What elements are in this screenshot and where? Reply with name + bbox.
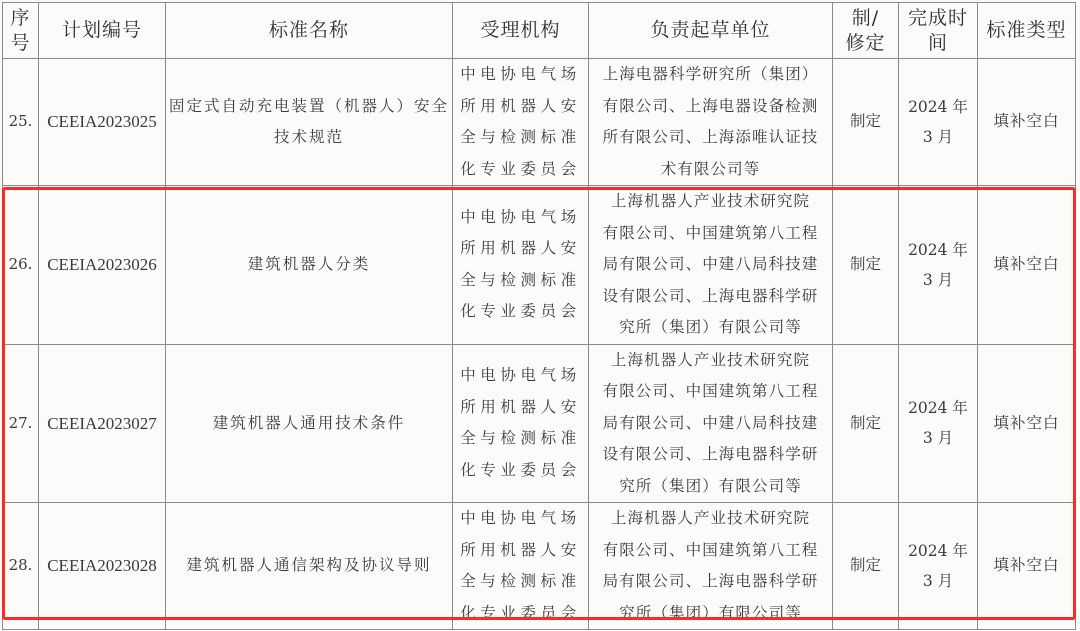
completion-time: 2024 年 3 月 xyxy=(899,344,978,503)
completion-month: 3 月 xyxy=(899,122,977,152)
revision-type: 制定 xyxy=(833,186,899,345)
completion-month: 3 月 xyxy=(899,566,977,596)
header-standard-name-label: 标准名称 xyxy=(269,18,349,43)
accepting-body-line: 所用机器人安 xyxy=(453,535,588,567)
standard-type: 填补空白 xyxy=(978,186,1076,345)
drafter-line: 上海电器科学研究所（集团） xyxy=(589,59,832,91)
standards-table: 序 号 计划编号 标准名称 受理机构 负责起草单位 制/ 修定 完成时 间 标准… xyxy=(2,2,1076,630)
accepting-body: 中电协电气场 所用机器人安 全与检测标准 化专业委员会 xyxy=(453,59,589,186)
accepting-body: 中电协电气场 所用机器人安 全与检测标准 化专业委员会 xyxy=(453,344,589,503)
header-revision: 制/ 修定 xyxy=(833,3,899,59)
completion-time: 2024 年 3 月 xyxy=(899,503,978,630)
drafter-line: 上海机器人产业技术研究院 xyxy=(589,186,832,218)
standard-name: 固定式自动充电装置（机器人）安全技术规范 xyxy=(166,59,453,186)
header-standard-type: 标准类型 xyxy=(978,3,1076,59)
standard-type: 填补空白 xyxy=(978,503,1076,630)
header-completion-time: 完成时 间 xyxy=(899,3,978,59)
header-accepting-body: 受理机构 xyxy=(453,3,589,59)
header-revision-line1: 制/ xyxy=(852,6,879,31)
header-index: 序 号 xyxy=(3,3,39,59)
drafter-line: 局有限公司、中建八局科技建 xyxy=(589,408,832,440)
accepting-body-line: 全与检测标准 xyxy=(453,566,588,598)
accepting-body-line: 化专业委员会 xyxy=(453,296,588,328)
header-row: 序 号 计划编号 标准名称 受理机构 负责起草单位 制/ 修定 完成时 间 标准… xyxy=(3,3,1076,59)
completion-time: 2024 年 3 月 xyxy=(899,59,978,186)
revision-type: 制定 xyxy=(833,59,899,186)
header-completion-line2: 间 xyxy=(928,31,948,56)
header-standard-name: 标准名称 xyxy=(166,3,453,59)
drafting-units: 上海机器人产业技术研究院 有限公司、中国建筑第八工程 局有限公司、中建八局科技建… xyxy=(589,186,833,345)
completion-month: 3 月 xyxy=(899,423,977,453)
drafting-units: 上海机器人产业技术研究院 有限公司、中国建筑第八工程 局有限公司、中建八局科技建… xyxy=(589,344,833,503)
drafter-line: 所有限公司、上海添唯认证技 xyxy=(589,122,832,154)
drafter-line: 设有限公司、上海电器科学研 xyxy=(589,281,832,313)
table-row: 26. CEEIA2023026 建筑机器人分类 中电协电气场 所用机器人安 全… xyxy=(3,186,1076,345)
header-completion-line1: 完成时 xyxy=(908,6,968,31)
standard-name: 建筑机器人分类 xyxy=(166,186,453,345)
accepting-body-line: 全与检测标准 xyxy=(453,423,588,455)
drafter-line: 究所（集团）有限公司等 xyxy=(589,312,832,344)
row-index: 25. xyxy=(3,59,39,186)
drafter-line: 术有限公司等 xyxy=(589,154,832,186)
accepting-body-line: 化专业委员会 xyxy=(453,154,588,186)
header-index-line2: 号 xyxy=(10,31,30,56)
standard-name: 建筑机器人通用技术条件 xyxy=(166,344,453,503)
header-index-line1: 序 xyxy=(10,6,30,31)
plan-code: CEEIA2023025 xyxy=(39,59,166,186)
row-index: 26. xyxy=(3,186,39,345)
drafter-line: 究所（集团）有限公司等 xyxy=(589,471,832,503)
standard-type: 填补空白 xyxy=(978,59,1076,186)
drafter-line: 有限公司、中国建筑第八工程 xyxy=(589,376,832,408)
header-accepting-body-label: 受理机构 xyxy=(480,18,560,43)
completion-year: 2024 年 xyxy=(899,92,977,122)
standard-name: 建筑机器人通信架构及协议导则 xyxy=(166,503,453,630)
drafter-line: 局有限公司、上海电器科学研 xyxy=(589,566,832,598)
table-row: 27. CEEIA2023027 建筑机器人通用技术条件 中电协电气场 所用机器… xyxy=(3,344,1076,503)
header-drafter: 负责起草单位 xyxy=(589,3,833,59)
accepting-body-line: 中电协电气场 xyxy=(453,202,588,234)
header-standard-type-label: 标准类型 xyxy=(986,18,1066,43)
row-index: 28. xyxy=(3,503,39,630)
completion-time: 2024 年 3 月 xyxy=(899,186,978,345)
accepting-body-line: 中电协电气场 xyxy=(453,360,588,392)
accepting-body: 中电协电气场 所用机器人安 全与检测标准 化专业委员会 xyxy=(453,503,589,630)
table-row: 25. CEEIA2023025 固定式自动充电装置（机器人）安全技术规范 中电… xyxy=(3,59,1076,186)
standard-type: 填补空白 xyxy=(978,344,1076,503)
drafter-line: 究所（集团）有限公司等 xyxy=(589,598,832,630)
accepting-body-line: 中电协电气场 xyxy=(453,59,588,91)
accepting-body-line: 化专业委员会 xyxy=(453,455,588,487)
accepting-body-line: 所用机器人安 xyxy=(453,233,588,265)
accepting-body-line: 所用机器人安 xyxy=(453,91,588,123)
accepting-body: 中电协电气场 所用机器人安 全与检测标准 化专业委员会 xyxy=(453,186,589,345)
accepting-body-line: 所用机器人安 xyxy=(453,392,588,424)
header-plan-code-label: 计划编号 xyxy=(62,18,142,43)
plan-code: CEEIA2023026 xyxy=(39,186,166,345)
accepting-body-line: 全与检测标准 xyxy=(453,265,588,297)
drafting-units: 上海机器人产业技术研究院 有限公司、中国建筑第八工程 局有限公司、上海电器科学研… xyxy=(589,503,833,630)
revision-type: 制定 xyxy=(833,503,899,630)
drafter-line: 有限公司、中国建筑第八工程 xyxy=(589,535,832,567)
header-revision-line2: 修定 xyxy=(845,31,885,56)
drafter-line: 设有限公司、上海电器科学研 xyxy=(589,439,832,471)
drafter-line: 上海机器人产业技术研究院 xyxy=(589,503,832,535)
accepting-body-line: 中电协电气场 xyxy=(453,503,588,535)
accepting-body-line: 化专业委员会 xyxy=(453,598,588,630)
completion-year: 2024 年 xyxy=(899,536,977,566)
header-drafter-label: 负责起草单位 xyxy=(650,18,770,43)
header-plan-code: 计划编号 xyxy=(39,3,166,59)
row-index: 27. xyxy=(3,344,39,503)
accepting-body-line: 全与检测标准 xyxy=(453,122,588,154)
revision-type: 制定 xyxy=(833,344,899,503)
drafter-line: 上海机器人产业技术研究院 xyxy=(589,345,832,377)
drafting-units: 上海电器科学研究所（集团） 有限公司、上海电器设备检测 所有限公司、上海添唯认证… xyxy=(589,59,833,186)
drafter-line: 局有限公司、中建八局科技建 xyxy=(589,249,832,281)
plan-code: CEEIA2023027 xyxy=(39,344,166,503)
completion-month: 3 月 xyxy=(899,265,977,295)
plan-code: CEEIA2023028 xyxy=(39,503,166,630)
completion-year: 2024 年 xyxy=(899,393,977,423)
drafter-line: 有限公司、上海电器设备检测 xyxy=(589,91,832,123)
table-row: 28. CEEIA2023028 建筑机器人通信架构及协议导则 中电协电气场 所… xyxy=(3,503,1076,630)
drafter-line: 有限公司、中国建筑第八工程 xyxy=(589,218,832,250)
completion-year: 2024 年 xyxy=(899,235,977,265)
